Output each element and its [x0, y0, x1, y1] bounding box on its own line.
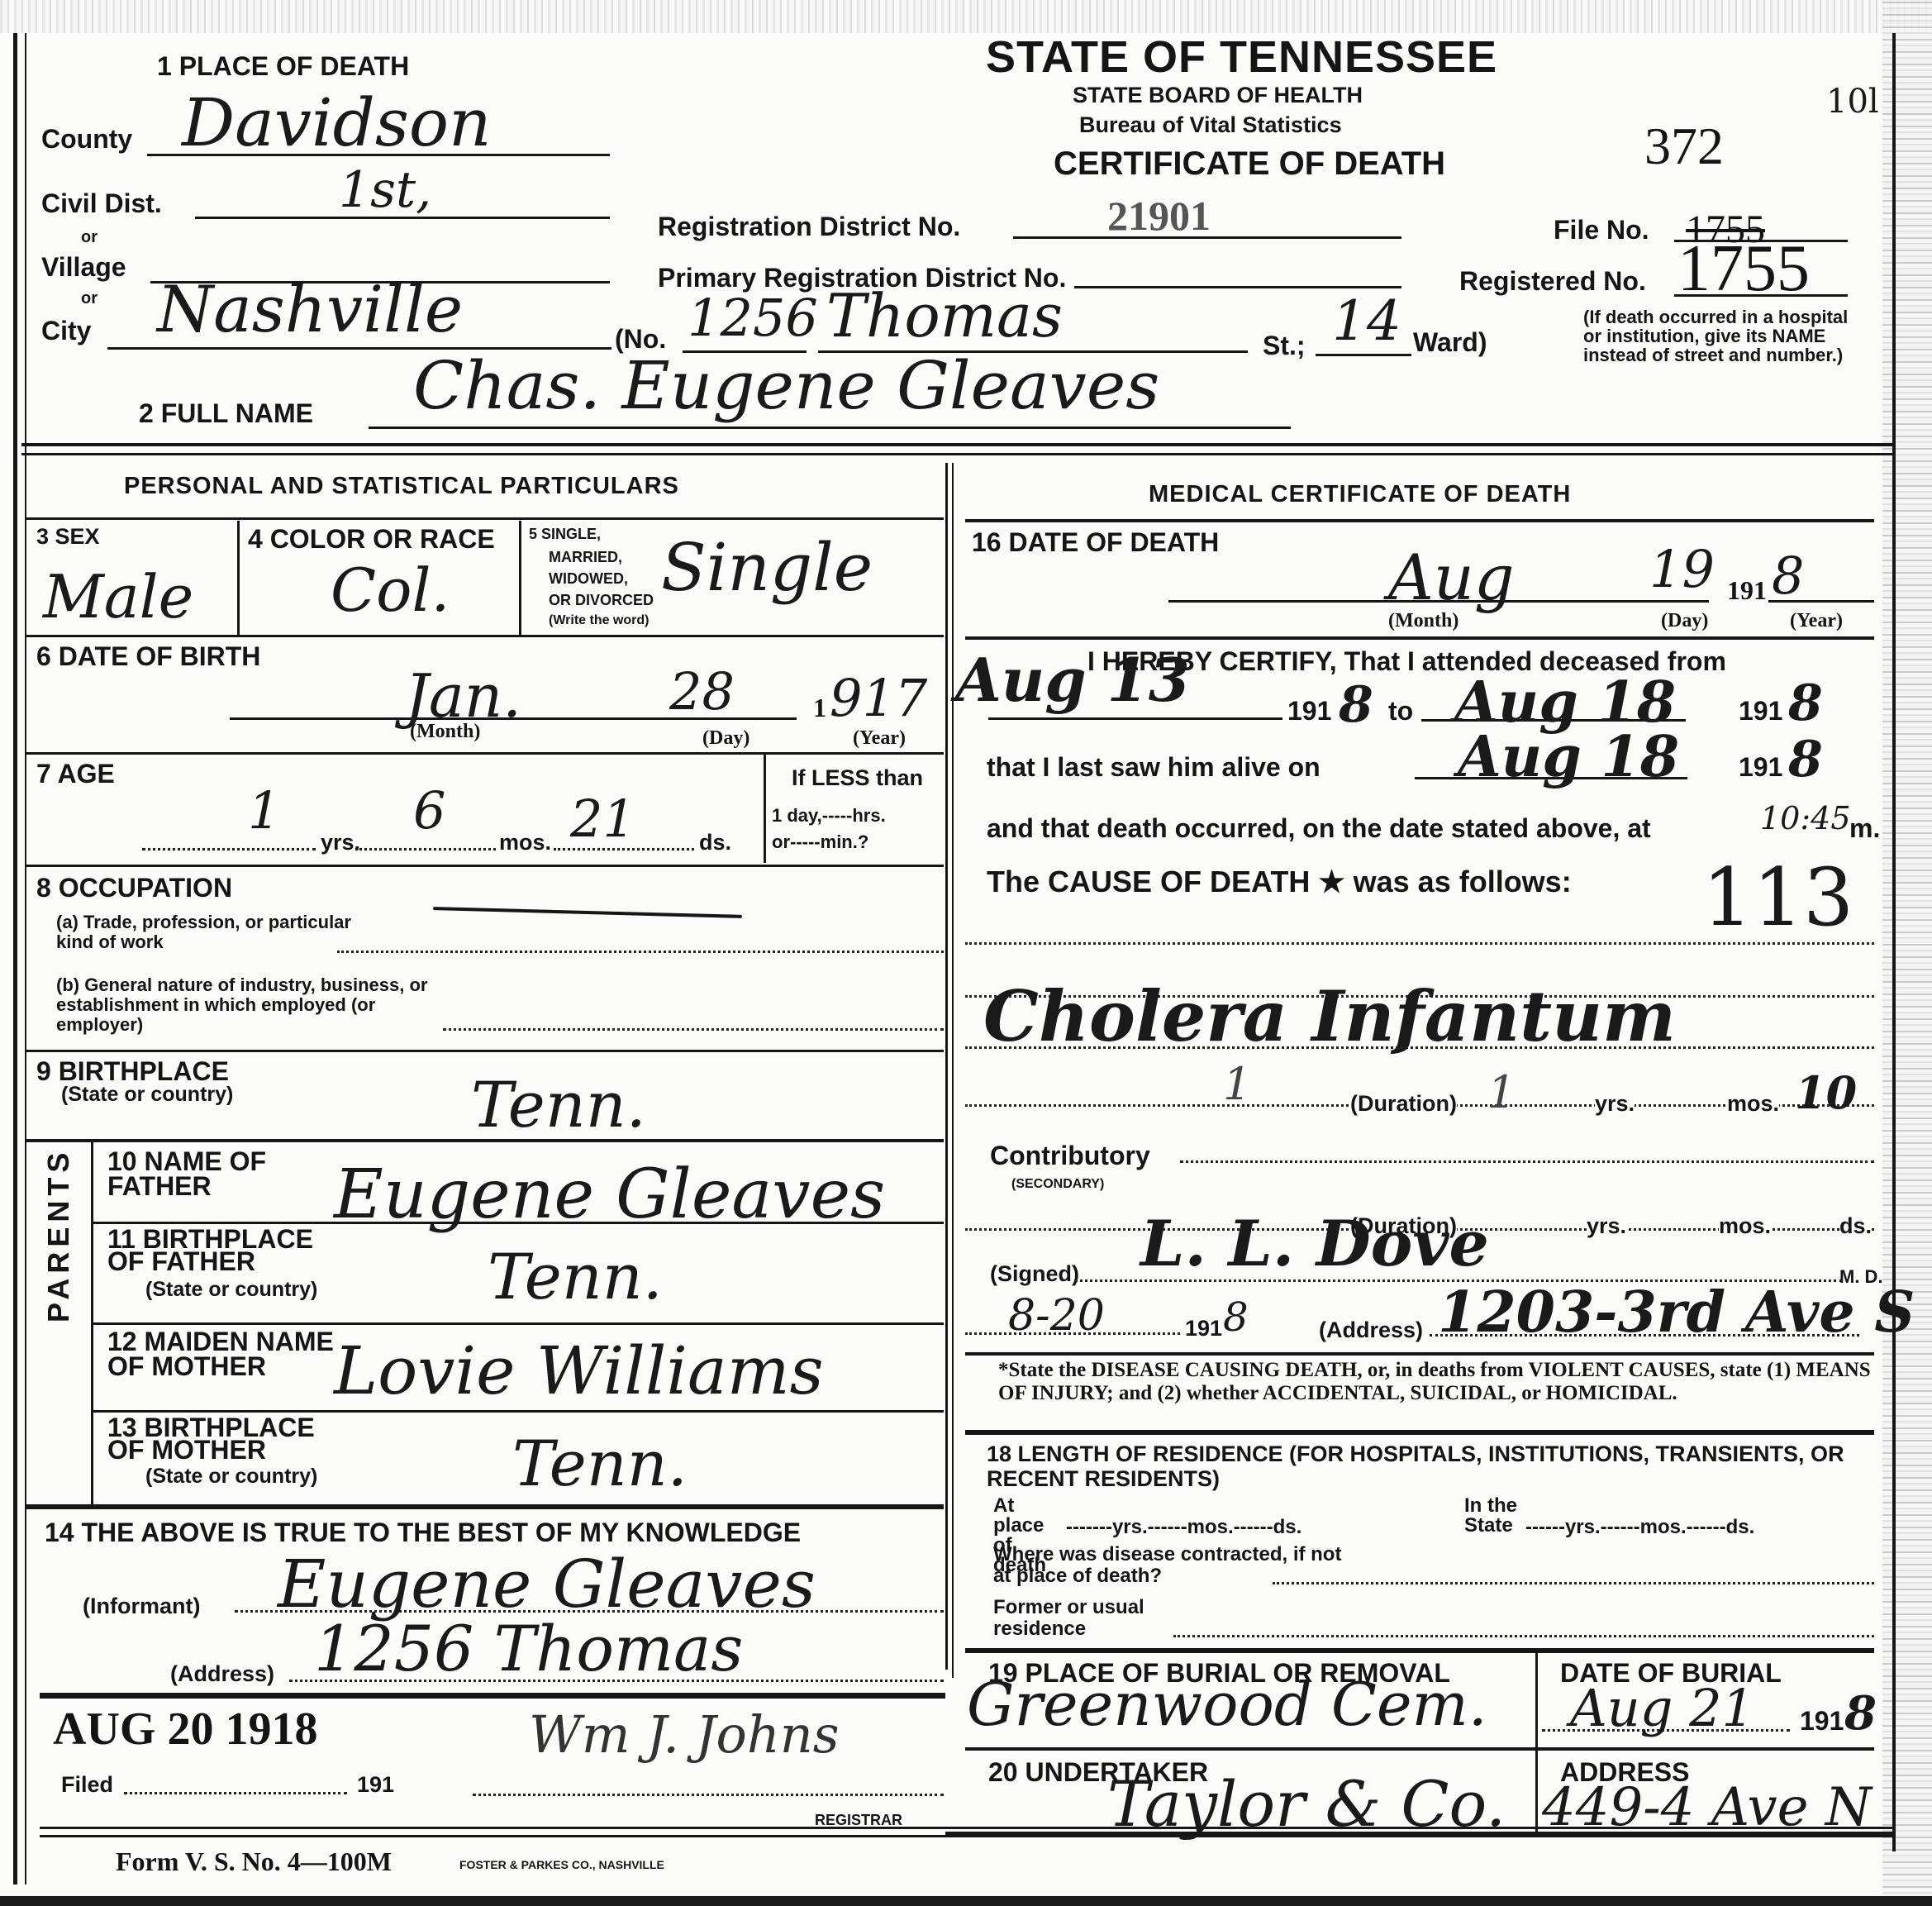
- last-saw-year: 8: [1788, 731, 1823, 789]
- sex-value: Male: [43, 562, 193, 631]
- registrar-signature: Wm J. Johns: [529, 1704, 840, 1765]
- where-contracted-dots: [1273, 1582, 1874, 1584]
- attended-from-year: 8: [1339, 676, 1373, 734]
- filed-year-prefix: 191: [357, 1772, 394, 1798]
- city-value: Nashville: [157, 273, 463, 347]
- row-rule-occupation: [25, 865, 944, 867]
- birthplace-value: Tenn.: [471, 1068, 646, 1141]
- filed-dots: [124, 1792, 347, 1794]
- dob-month-caption: (Month): [410, 721, 480, 743]
- race-label: 4 COLOR OR RACE: [248, 524, 495, 555]
- age-days-value: 21: [570, 789, 635, 849]
- informant-statement: 14 THE ABOVE IS TRUE TO THE BEST OF MY K…: [45, 1518, 801, 1548]
- duration-label: (Duration): [1350, 1091, 1457, 1117]
- marital-label-5: (Write the word): [549, 613, 649, 628]
- civil-dist-label: Civil Dist.: [41, 188, 162, 219]
- cause-dots-1: [965, 942, 1874, 945]
- contrib-mos-label: mos.: [1719, 1213, 1771, 1239]
- occupation-a-dots: [337, 951, 944, 953]
- bureau-title: Bureau of Vital Statistics: [1079, 112, 1342, 138]
- race-value: Col.: [331, 555, 450, 625]
- burial-year-prefix: 191: [1800, 1706, 1844, 1737]
- hospital-note: (If death occurred in a hospital or inst…: [1583, 307, 1864, 365]
- dob-year-prefix: 1: [813, 693, 826, 723]
- signed-year: 8: [1223, 1294, 1249, 1341]
- cause-dots-3: [965, 1046, 1874, 1049]
- registered-no-value: 1755: [1677, 231, 1810, 307]
- left-border-inner: [25, 33, 26, 1885]
- scan-right-edge: [1882, 0, 1932, 1906]
- age-less-divider: [764, 754, 766, 863]
- registration-district-label: Registration District No.: [658, 212, 960, 242]
- cause-code: 113: [1702, 851, 1853, 944]
- mother-birthplace-value: Tenn.: [512, 1427, 688, 1500]
- dod-month: Aug: [1388, 541, 1514, 614]
- former-residence-dots: [1173, 1635, 1874, 1637]
- dod-day-caption: (Day): [1661, 610, 1708, 632]
- duration-days: 10: [1795, 1066, 1857, 1119]
- to-label: to: [1388, 696, 1413, 727]
- dod-year-line: [1768, 600, 1874, 603]
- signed-value: L. L. Dove: [1140, 1207, 1489, 1280]
- row-rule-burial: [965, 1648, 1874, 1653]
- dod-year-value: 8: [1772, 546, 1804, 606]
- header-divider-2: [21, 453, 1892, 455]
- personal-title-rule: [25, 517, 944, 520]
- dob-year-caption: (Year): [853, 727, 906, 750]
- occupation-b-label: (b) General nature of industry, business…: [56, 975, 445, 1035]
- signed-label: (Signed): [990, 1261, 1079, 1287]
- death-time-suffix: m.: [1849, 813, 1880, 844]
- age-years-dots: [142, 848, 316, 851]
- dob-day-caption: (Day): [702, 727, 749, 750]
- row-rule-filing: [40, 1693, 945, 1699]
- left-border: [13, 33, 17, 1885]
- age-yrs-label: yrs.: [321, 830, 360, 855]
- city-label: City: [41, 316, 91, 346]
- contributory-dots: [1180, 1160, 1874, 1163]
- age-label: 7 AGE: [36, 759, 115, 789]
- mother-name-value: Lovie Williams: [334, 1332, 824, 1409]
- informant-address-value: 1256 Thomas: [314, 1612, 743, 1685]
- page-number: 372: [1644, 116, 1724, 177]
- attended-to-year: 8: [1788, 674, 1823, 732]
- form-number: Form V. S. No. 4—100M: [116, 1846, 392, 1877]
- burial-date-value: Aug 21: [1570, 1678, 1754, 1738]
- less-than-or: or-----min.?: [772, 831, 868, 853]
- last-saw-text: that I last saw him alive on: [987, 752, 1321, 783]
- county-label: County: [41, 124, 132, 155]
- mother-birthplace-label: 13 BIRTHPLACE OF MOTHER: [107, 1417, 331, 1461]
- board-title: STATE BOARD OF HEALTH: [1073, 83, 1363, 108]
- age-ds-label: ds.: [699, 830, 731, 855]
- dod-year-prefix: 191: [1727, 575, 1767, 606]
- bottom-rule-right: [945, 1832, 1892, 1837]
- full-name-label: 2 FULL NAME: [139, 398, 313, 429]
- former-residence-label: Former or usual residence: [993, 1597, 1192, 1640]
- column-divider-2: [952, 463, 954, 1678]
- last-saw-value: Aug 18: [1458, 724, 1679, 790]
- father-birthplace-label: 11 BIRTHPLACE OF FATHER: [107, 1228, 331, 1273]
- informant-address-label: (Address): [170, 1661, 274, 1687]
- less-than-label: If LESS than: [792, 765, 923, 791]
- row-rule-parents: [25, 1139, 944, 1142]
- dod-month-caption: (Month): [1388, 610, 1459, 632]
- row-rule-footnote: [965, 1352, 1874, 1356]
- last-saw-year-prefix: 191: [1739, 752, 1782, 783]
- age-months-dots: [355, 848, 496, 851]
- row-rule-informant: [25, 1504, 944, 1509]
- attended-from-value: Aug 13: [955, 645, 1190, 715]
- village-label: Village: [41, 252, 126, 283]
- contributory-label: Contributory: [990, 1141, 1150, 1171]
- ward-label: Ward): [1413, 327, 1487, 358]
- dod-year-caption: (Year): [1790, 610, 1843, 632]
- burial-year: 8: [1844, 1686, 1877, 1741]
- dod-day: 19: [1649, 539, 1715, 599]
- marital-label-4: OR DIVORCED: [549, 592, 654, 609]
- row-rule-dob: [25, 635, 944, 637]
- duration-yrs-label: yrs.: [1595, 1091, 1635, 1117]
- row-rule-certify: [965, 636, 1874, 640]
- attended-from-year-prefix: 191: [1287, 696, 1331, 727]
- personal-section-title: PERSONAL AND STATISTICAL PARTICULARS: [124, 473, 679, 500]
- full-name-line: [369, 426, 1291, 429]
- civil-dist-value: 1st,: [339, 161, 431, 219]
- state-title: STATE OF TENNESSEE: [986, 31, 1497, 83]
- duration-value-1: 1: [1223, 1058, 1251, 1110]
- row-rule-undertaker: [965, 1747, 1874, 1751]
- row-rule-age: [25, 752, 944, 755]
- dob-label: 6 DATE OF BIRTH: [36, 641, 260, 672]
- occupation-b-dots: [443, 1028, 944, 1031]
- duration-years: 1: [1487, 1066, 1516, 1118]
- registrar-dots: [473, 1794, 944, 1796]
- age-mos-label: mos.: [499, 830, 551, 855]
- in-state-label: In the State: [1464, 1496, 1522, 1536]
- dob-day: 28: [669, 661, 735, 722]
- marital-value: Single: [661, 529, 873, 606]
- primary-registration-line: [1074, 286, 1401, 288]
- father-name-label: 10 NAME OF FATHER: [107, 1149, 297, 1198]
- in-state-values: ------yrs.------mos.------ds.: [1525, 1516, 1754, 1539]
- sex-race-divider: [237, 521, 240, 635]
- at-place-values: -------yrs.------mos.------ds.: [1066, 1516, 1301, 1539]
- or-label-1: or: [81, 228, 98, 247]
- row-rule-birthplace: [25, 1050, 944, 1052]
- or-label-2: or: [81, 289, 98, 308]
- signed-date: 8-20: [1008, 1291, 1105, 1341]
- contrib-ds-label: ds.: [1839, 1213, 1872, 1239]
- contributory-sub: (SECONDARY): [1011, 1177, 1104, 1192]
- scan-bottom-edge: [0, 1896, 1932, 1906]
- cause-label: The CAUSE OF DEATH ★ was as follows:: [987, 865, 1572, 899]
- age-months-value: 6: [413, 780, 445, 841]
- cause-footnote: *State the DISEASE CAUSING DEATH, or, in…: [998, 1359, 1882, 1405]
- certificate-title: CERTIFICATE OF DEATH: [1054, 145, 1445, 183]
- corner-note: 10l: [1826, 83, 1879, 121]
- parents-side-label: PARENTS: [41, 1148, 76, 1322]
- mother-birthplace-sub: (State or country): [145, 1465, 317, 1489]
- filed-label: Filed: [61, 1772, 113, 1798]
- full-name-value: Chas. Eugene Gleaves: [413, 347, 1159, 424]
- marital-label-2: MARRIED,: [549, 549, 622, 566]
- father-birthplace-value: Tenn.: [488, 1240, 663, 1313]
- registration-district-value: 21901: [1107, 192, 1211, 240]
- attended-from-line: [988, 717, 1282, 720]
- dob-year-value: 917: [830, 668, 927, 728]
- right-border: [1892, 33, 1896, 1851]
- ward-line: [1316, 354, 1411, 356]
- header-divider: [21, 443, 1892, 446]
- occupation-a-label: (a) Trade, profession, or particular kin…: [56, 912, 354, 952]
- informant-label: (Informant): [83, 1594, 200, 1619]
- burial-divider: [1535, 1651, 1538, 1832]
- scan-top-edge: [0, 0, 1932, 33]
- duration-mos-label: mos.: [1727, 1091, 1779, 1117]
- file-no-label: File No.: [1554, 215, 1649, 245]
- age-years-value: 1: [248, 780, 280, 841]
- occupation-a-dash: [433, 907, 742, 918]
- registered-no-label: Registered No.: [1459, 266, 1646, 297]
- burial-place-value: Greenwood Cem.: [967, 1670, 1487, 1739]
- race-marital-divider: [519, 521, 521, 635]
- dod-label: 16 DATE OF DEATH: [972, 527, 1219, 558]
- occupation-label: 8 OCCUPATION: [36, 873, 232, 903]
- county-value: Davidson: [182, 84, 492, 161]
- signed-year-prefix: 191: [1185, 1316, 1222, 1341]
- printer-credit: FOSTER & PARKES CO., NASHVILLE: [459, 1858, 664, 1871]
- medical-section-title: MEDICAL CERTIFICATE OF DEATH: [1149, 481, 1571, 508]
- less-than-day: 1 day,-----hrs.: [772, 805, 886, 827]
- signed-address-label: (Address): [1319, 1318, 1423, 1343]
- signed-address-value: 1203-3rd Ave S: [1438, 1279, 1915, 1346]
- death-certificate: 1 PLACE OF DEATH County Davidson Civil D…: [0, 0, 1932, 1906]
- filed-stamp: AUG 20 1918: [53, 1703, 317, 1756]
- undertaker-address-value: 449-4 Ave N: [1542, 1777, 1872, 1838]
- mother-name-label: 12 MAIDEN NAME OF MOTHER: [107, 1329, 372, 1379]
- where-contracted-label: Where was disease contracted, if not at …: [993, 1544, 1357, 1587]
- death-time-value: 10:45: [1760, 800, 1851, 836]
- medical-title-rule: [965, 519, 1874, 522]
- sex-label: 3 SEX: [36, 524, 100, 550]
- place-of-death-section-label: 1 PLACE OF DEATH: [157, 51, 409, 82]
- ward-value: 14: [1332, 289, 1401, 353]
- death-time-text: and that death occurred, on the date sta…: [987, 813, 1651, 844]
- column-divider: [945, 463, 948, 1670]
- residence-label: 18 LENGTH OF RESIDENCE (FOR HOSPITALS, I…: [987, 1441, 1879, 1491]
- street-label: St.;: [1263, 331, 1306, 361]
- marital-label-3: WIDOWED,: [549, 570, 628, 588]
- father-birthplace-sub: (State or country): [145, 1278, 317, 1302]
- street-no-value: 1256: [688, 288, 818, 348]
- row-rule-residence: [965, 1430, 1874, 1435]
- contrib-yrs-label: yrs.: [1587, 1213, 1626, 1239]
- marital-label-1: 5 SINGLE,: [529, 526, 601, 543]
- row-rule-mother-name: [93, 1322, 944, 1325]
- cause-value: Cholera Infantum: [983, 975, 1676, 1057]
- attended-to-year-prefix: 191: [1739, 696, 1782, 727]
- primary-registration-label: Primary Registration District No.: [658, 263, 1066, 293]
- undertaker-value: Taylor & Co.: [1107, 1767, 1506, 1841]
- birthplace-sub: (State or country): [61, 1083, 233, 1107]
